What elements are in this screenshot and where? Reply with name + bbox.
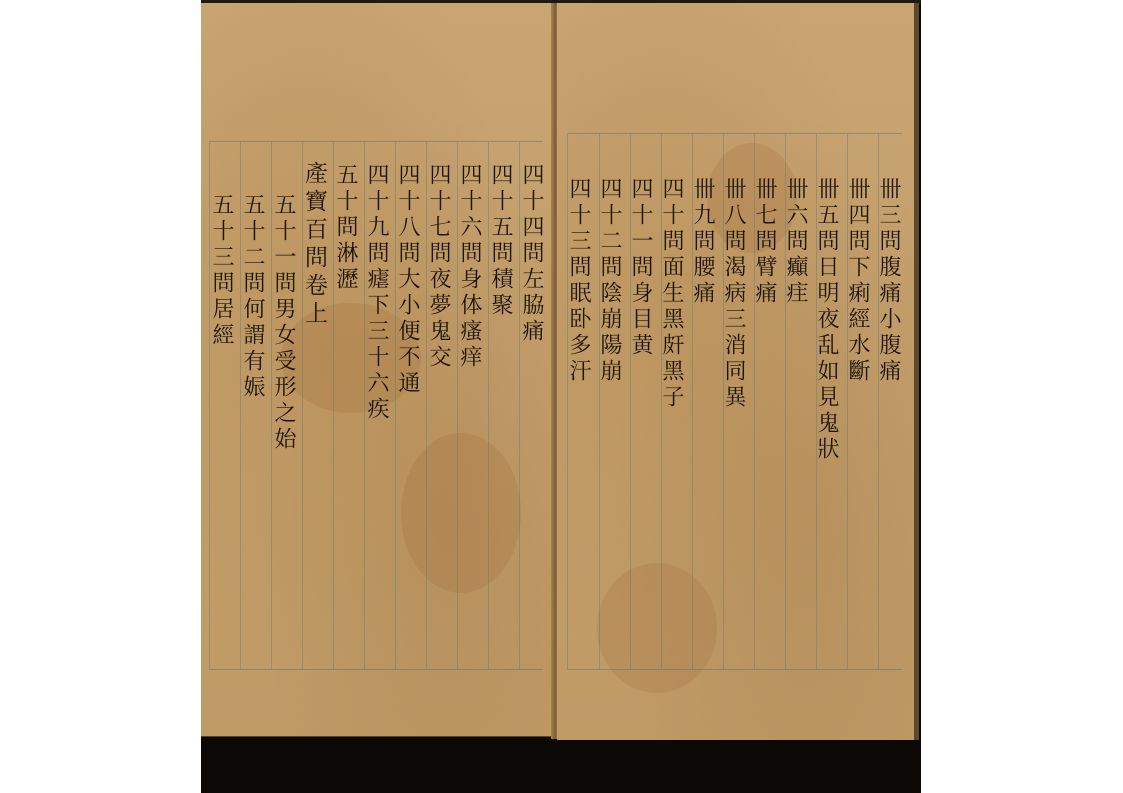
text-column-q48a: 卌八問渴病三消同異 xyxy=(718,177,748,411)
book-scan: 四十四問左脇痛 四十五問積聚 四十六問身体瘙痒 四十七問夜夢鬼交 四十八問大小便… xyxy=(201,0,921,793)
text-column-q46a: 卌六問癲疰 xyxy=(780,177,810,307)
text-column-q40: 四十問面生黑皯黑子 xyxy=(656,177,686,411)
volume-title: 產寶百問卷上 xyxy=(299,161,329,329)
text-column-q42: 四十二問陰崩陽崩 xyxy=(594,177,624,385)
text-column-q45: 四十五問積聚 xyxy=(485,163,515,319)
text-column-q45a: 卌五問日明夜乱如見鬼狀 xyxy=(811,177,841,463)
text-column-q49a: 卌九問腰痛 xyxy=(687,177,717,307)
text-column-q47: 四十七問夜夢鬼交 xyxy=(423,163,453,371)
text-column-q44: 四十四問左脇痛 xyxy=(516,163,546,345)
text-column-q50: 五十問淋瀝 xyxy=(330,163,360,293)
text-column-q46: 四十六問身体瘙痒 xyxy=(454,163,484,371)
text-column-q41: 四十一問身目黄 xyxy=(625,177,655,359)
text-column-q43: 四十三問眠卧多汗 xyxy=(563,177,593,385)
text-column-q49: 四十九問瘧下三十六疾 xyxy=(361,163,391,423)
text-column-q47a: 卌七問臂痛 xyxy=(749,177,779,307)
text-column-q44a: 卌四問下痢經水斷 xyxy=(842,177,872,385)
text-column-q51: 五十一問男女受形之始 xyxy=(268,193,298,453)
left-page: 四十四問左脇痛 四十五問積聚 四十六問身体瘙痒 四十七問夜夢鬼交 四十八問大小便… xyxy=(201,3,554,737)
right-page: 卌三問腹痛小腹痛 卌四問下痢經水斷 卌五問日明夜乱如見鬼狀 卌六問癲疰 卌七問臂… xyxy=(557,3,919,740)
text-column-q48: 四十八問大小便不通 xyxy=(392,163,422,397)
text-column-q52: 五十二問何謂有娠 xyxy=(237,193,267,401)
text-column-q53: 五十三問居經 xyxy=(206,193,236,349)
text-column-q43a: 卌三問腹痛小腹痛 xyxy=(873,177,903,385)
